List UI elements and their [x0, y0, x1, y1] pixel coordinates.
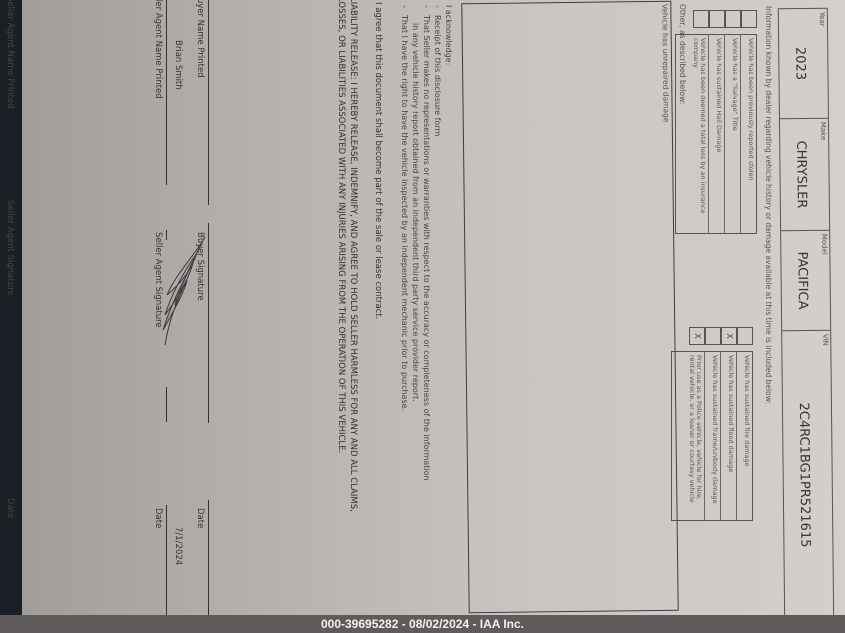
seller-date-value: 7/1/2024 — [173, 527, 183, 565]
seller-date-line[interactable] — [166, 505, 167, 633]
seller-name-label: Seller Agent Name Printed — [153, 0, 163, 99]
left-checkbox-group: Vehicle has been previously reported sto… — [675, 10, 757, 234]
seller-name-line[interactable] — [166, 0, 167, 185]
liability-line-2: LOSSES, OR LIABILITIES ASSOCIATED WITH A… — [335, 0, 347, 617]
buyer-date-line[interactable] — [208, 500, 209, 633]
label-hail-damage: Vehicle has sustained Hail Damage — [708, 35, 724, 233]
disclosure-intro: Information known by dealer regarding ve… — [764, 6, 773, 404]
ack-item-receipt: Receipt of this disclosure form — [432, 5, 443, 481]
make-cell: Make CHRYSLER — [780, 119, 829, 231]
make-value: CHRYSLER — [793, 119, 809, 230]
checkbox-hail-damage[interactable] — [709, 10, 725, 28]
seller-signature-line-end — [166, 387, 167, 422]
label-fire-damage: Vehicle has sustained fire damage — [736, 352, 752, 520]
agreement-statement: I agree that this document shall become … — [373, 2, 383, 319]
seller-date-label: Date — [153, 508, 163, 528]
label-salvage-title: Vehicle has a "Salvage" Title — [724, 35, 740, 233]
liability-release: LIABILITY RELEASE: I HEREBY RELEASE, IND… — [335, 0, 359, 617]
checkbox-salvage-title[interactable] — [725, 10, 741, 28]
model-label: Model — [820, 234, 828, 255]
checkbox-flood-damage[interactable]: X — [721, 327, 737, 345]
year-value: 2023 — [792, 9, 808, 118]
ack-item-no-warranties-cont: in any vehicle history report obtained f… — [410, 5, 421, 481]
acknowledgement-heading: I acknowledge: — [443, 5, 454, 481]
other-label: Other, as described below: — [678, 4, 687, 104]
watermark-bar: 000-39695282 - 08/02/2024 - IAA Inc. — [0, 615, 845, 633]
other-description-box[interactable]: Vehicle has unrepaired damage — [461, 1, 678, 614]
seller-signature-label: Seller Agent Signature — [153, 232, 163, 328]
vin-value: 2C4RC1BG1PR521615 — [795, 331, 813, 619]
model-value: PACIFICA — [794, 231, 810, 330]
year-label: Year — [818, 12, 826, 27]
acknowledgement-section: I acknowledge: Receipt of this disclosur… — [399, 5, 454, 481]
other-description-text: Vehicle has unrepaired damage — [660, 4, 670, 123]
seller-date-label-echo: Date — [5, 498, 15, 518]
buyer-name-label: Buyer Name Printed — [195, 0, 205, 78]
checkbox-fire-damage[interactable] — [737, 327, 753, 345]
checkbox-frame-damage[interactable] — [705, 327, 721, 345]
buyer-date-label: Date — [195, 508, 205, 528]
make-label: Make — [819, 122, 827, 141]
seller-signature-label-echo: Seller Agent Signature — [5, 200, 15, 296]
vehicle-info-table: Year 2023 Make CHRYSLER Model PACIFICA V… — [778, 8, 834, 620]
model-cell: Model PACIFICA — [781, 231, 830, 331]
vin-cell: VIN 2C4RC1BG1PR521615 — [782, 331, 833, 619]
seller-name-label-echo: Seller Agent Name Printed — [5, 0, 15, 109]
checkbox-total-loss[interactable] — [693, 10, 709, 28]
label-frame-damage: Vehicle has sustained frame/unibody dama… — [704, 352, 720, 520]
checkbox-prior-use[interactable]: X — [689, 327, 705, 345]
checkbox-stolen[interactable] — [741, 10, 757, 28]
label-stolen: Vehicle has been previously reported sto… — [740, 35, 756, 233]
vin-label: VIN — [821, 334, 829, 346]
liability-line-1: LIABILITY RELEASE: I HEREBY RELEASE, IND… — [347, 0, 359, 617]
seller-name-value: Brian Smith — [173, 40, 183, 90]
ack-item-no-warranties: That Seller makes no representations or … — [421, 5, 432, 481]
label-flood-damage: Vehicle has sustained flood damage — [720, 352, 736, 520]
year-cell: Year 2023 — [779, 9, 828, 119]
buyer-name-line[interactable] — [208, 0, 209, 205]
seller-signature-scribble — [155, 235, 215, 355]
ack-item-inspection-right: That I have the right to have the vehicl… — [399, 5, 410, 481]
disclosure-document-page: Year 2023 Make CHRYSLER Model PACIFICA V… — [0, 0, 845, 633]
right-checkbox-group: X X Vehicle has sustained fire damage Ve… — [671, 327, 753, 521]
